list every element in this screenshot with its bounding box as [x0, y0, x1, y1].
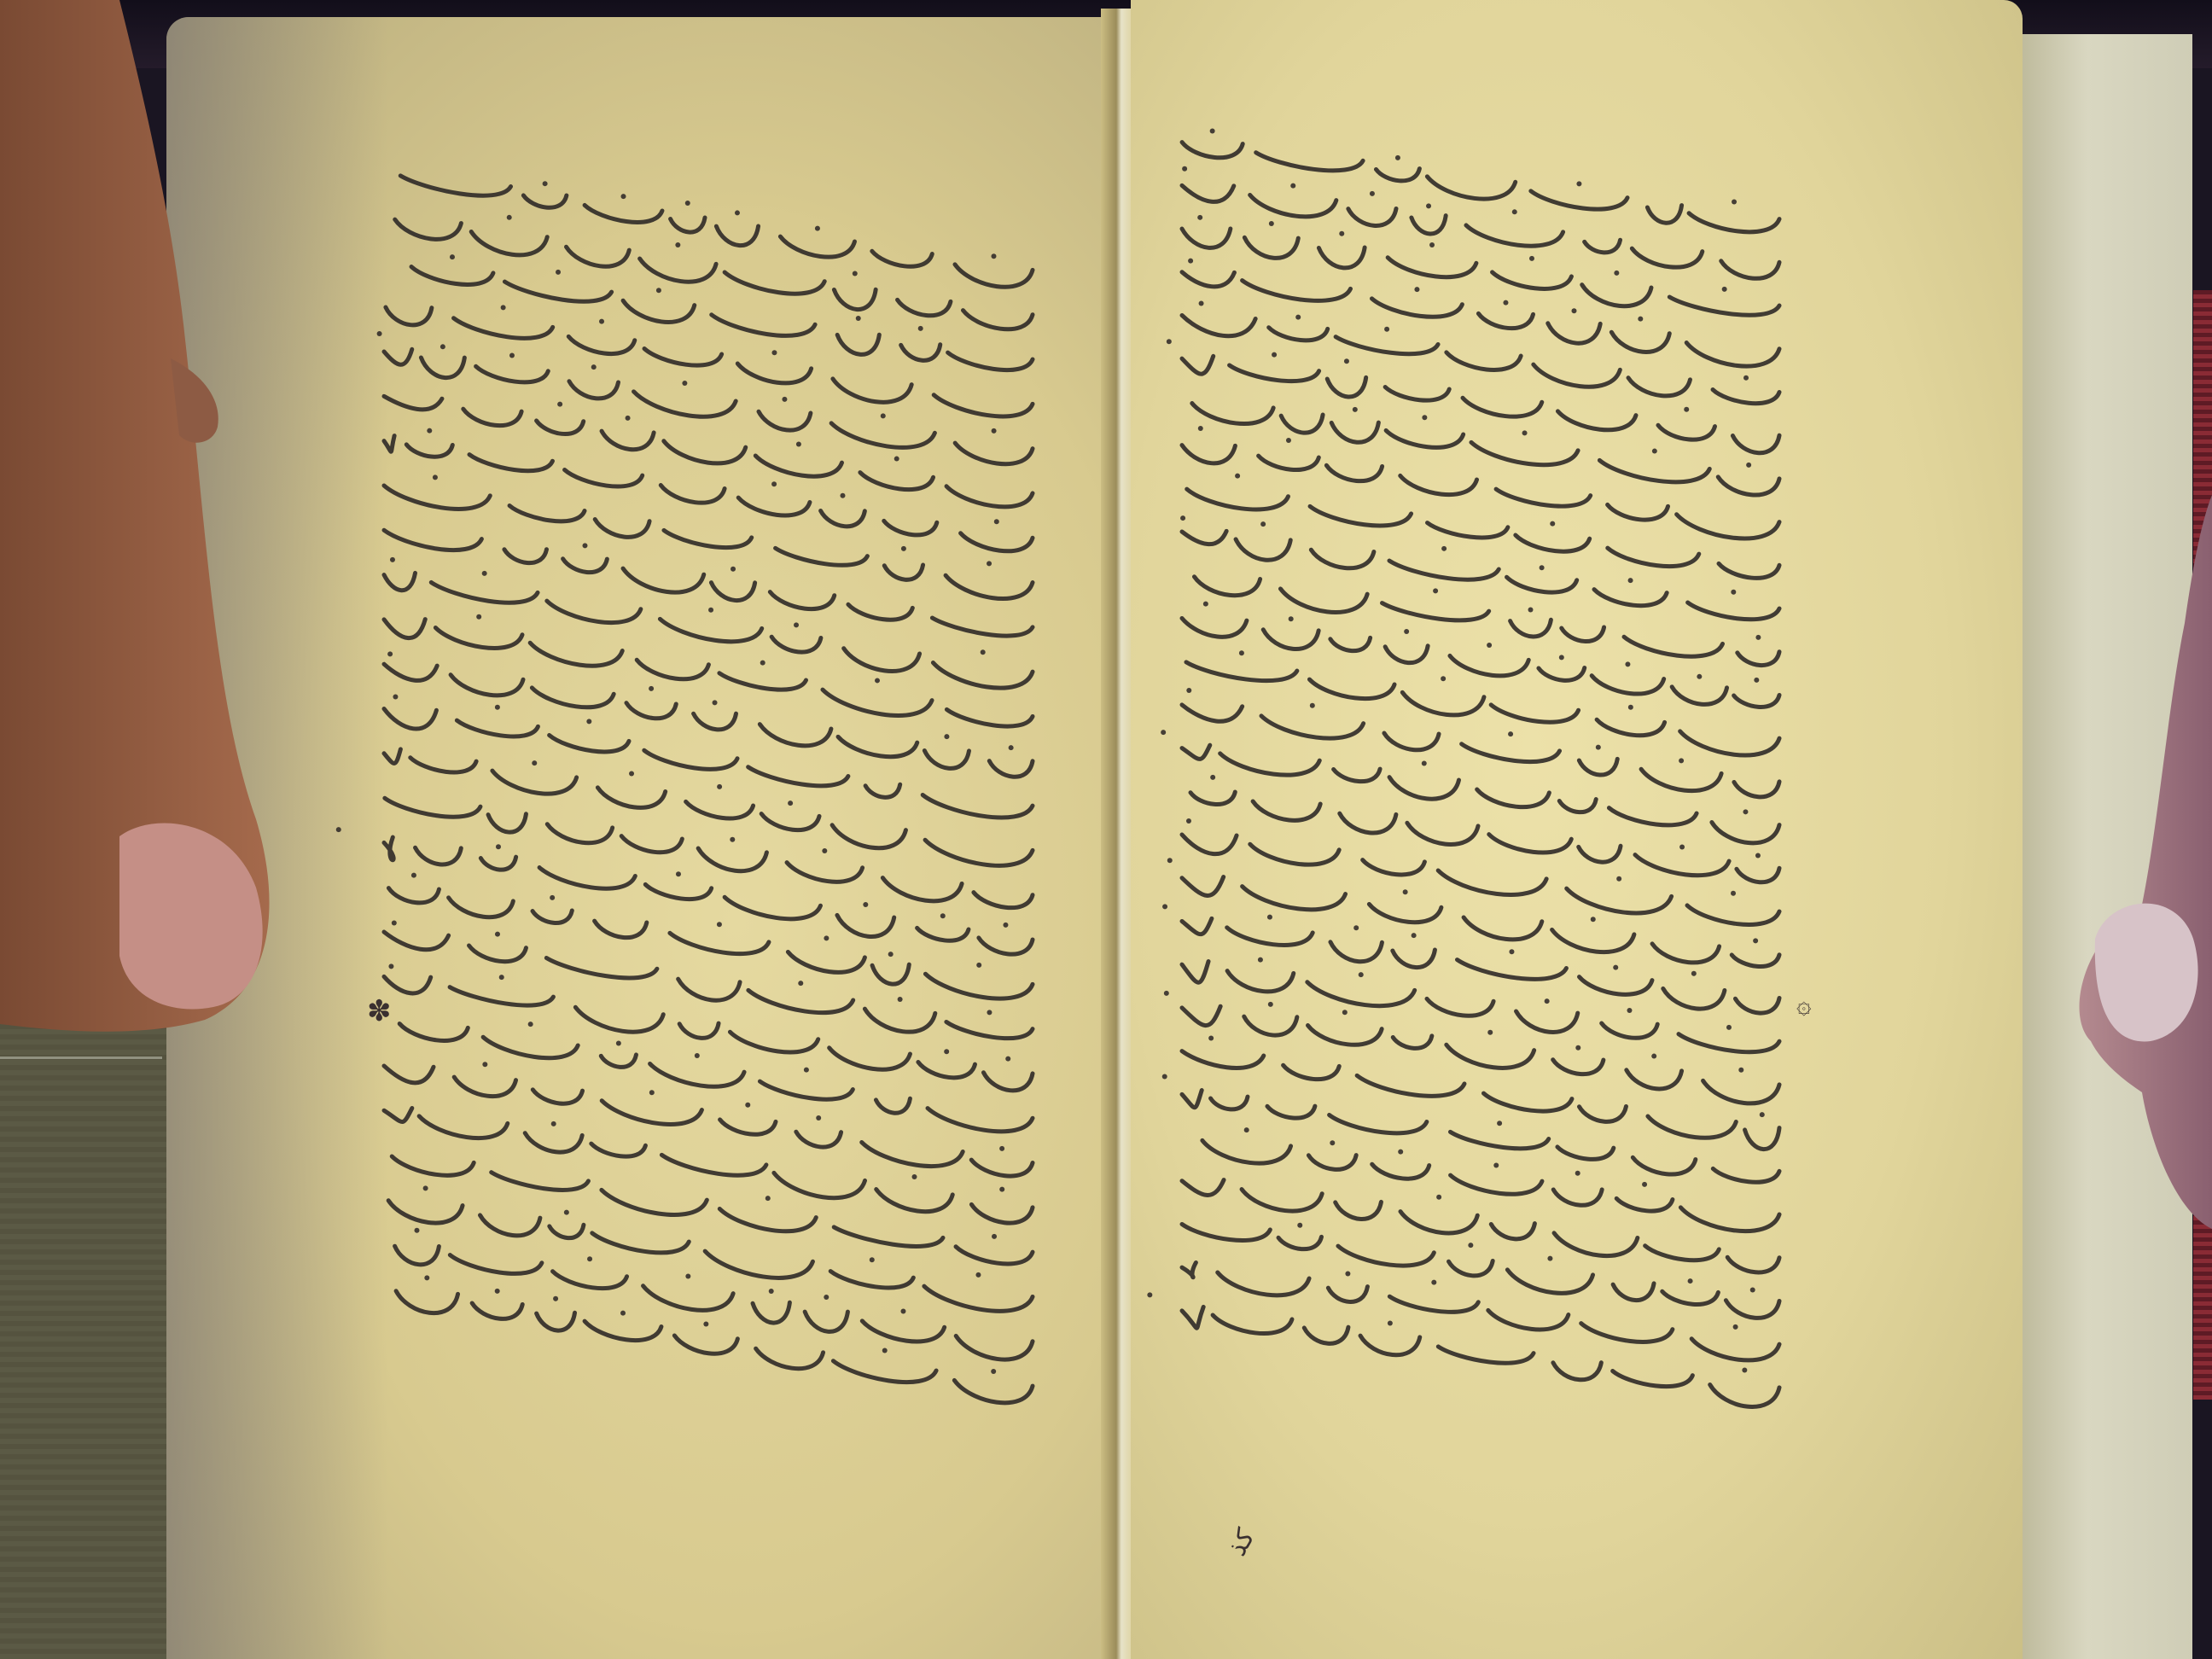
- cloth-seam: [0, 1057, 162, 1059]
- circle-margin-ornament-icon: ۞: [1796, 990, 1812, 1020]
- right-text-block: [1173, 213, 1788, 1468]
- right-hand: [1895, 495, 2212, 1229]
- book-gutter: [1101, 9, 1135, 1659]
- right-page-label: Right page (recto): [1131, 0, 1132, 1]
- left-hand: [0, 0, 282, 1033]
- star-margin-ornament-icon: ✽: [367, 994, 392, 1028]
- left-script-lines: [375, 265, 1041, 1476]
- table-cloth: [0, 1024, 171, 1659]
- right-script-lines: [1173, 213, 1788, 1468]
- right-page-text: Handwritten Persian text (illegible at p…: [1131, 0, 1132, 1]
- left-text-block: [375, 265, 1041, 1476]
